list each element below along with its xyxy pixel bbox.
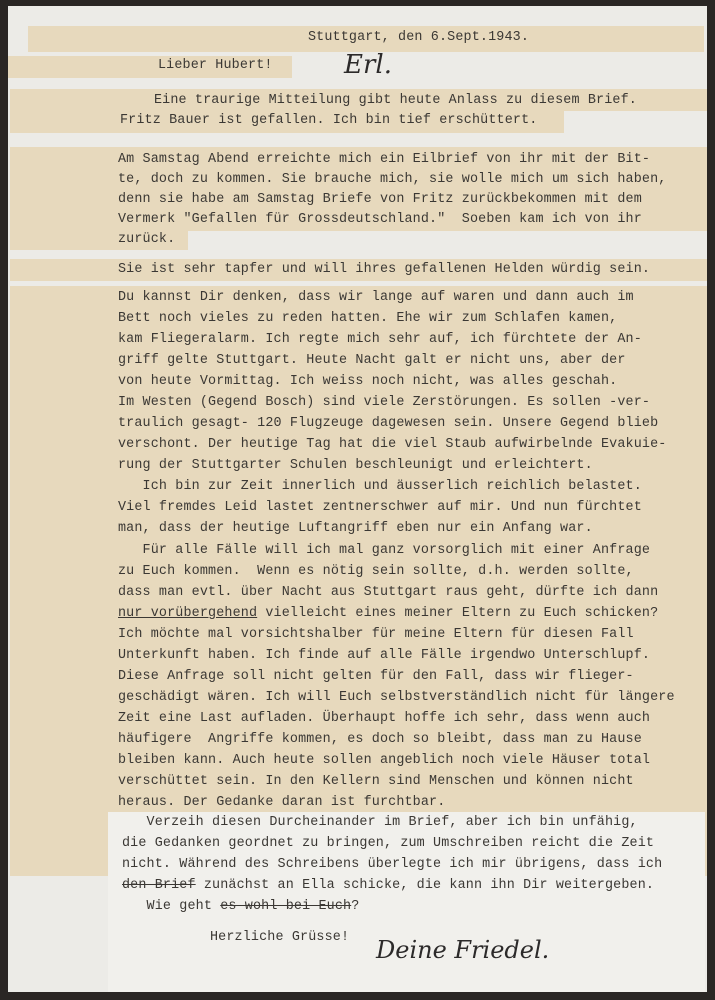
p4-line-23: bleiben kann. Auch heute sollen angeblic… [118,753,650,768]
struck-text: den Brief [122,878,196,893]
p2-line-1: Am Samstag Abend erreichte mich ein Eilb… [118,152,650,167]
p1-line-2: Fritz Bauer ist gefallen. Ich bin tief e… [120,113,537,128]
p4-line-21: Zeit eine Last aufladen. Überhaupt hoffe… [118,711,650,726]
p4-line-9: rung der Stuttgarter Schulen beschleunig… [118,458,593,473]
p4-line-10: Ich bin zur Zeit innerlich und äusserlic… [118,479,642,494]
p4-line-8: verschont. Der heutige Tag hat die viel … [118,437,666,452]
place-date: Stuttgart, den 6.Sept.1943. [308,30,529,45]
p4-line-1: Du kannst Dir denken, dass wir lange auf… [118,290,634,305]
p4-line-2: Bett noch vieles zu reden hatten. Ehe wi… [118,311,617,326]
p5-line-4: den Brief zunächst an Ella schicke, die … [122,878,654,893]
p5-line-5: Wie geht es wohl bei Euch? [122,899,359,914]
p2-line-3: denn sie habe am Samstag Briefe von Frit… [118,192,642,207]
p2-line-2: te, doch zu kommen. Sie brauche mich, si… [118,172,666,187]
p4-line-5: von heute Vormittag. Ich weiss noch nich… [118,374,617,389]
p4-line-14: zu Euch kommen. Wenn es nötig sein sollt… [118,564,634,579]
p1-line-1: Eine traurige Mitteilung gibt heute Anla… [154,93,637,108]
p4-line-16: nur vorübergehend vielleicht eines meine… [118,606,658,621]
p5-line-1: Verzeih diesen Durcheinander im Brief, a… [122,815,638,830]
p4-line-15: dass man evtl. über Nacht aus Stuttgart … [118,585,658,600]
p4-line-3: kam Fliegeralarm. Ich regte mich sehr au… [118,332,642,347]
p4-line-20: geschädigt wären. Ich will Euch selbstve… [118,690,675,705]
p5-line-2: die Gedanken geordnet zu bringen, zum Um… [122,836,654,851]
p5-line-3: nicht. Während des Schreibens überlegte … [122,857,662,872]
p3-line-1: Sie ist sehr tapfer und will ihres gefal… [118,262,650,277]
p4-line-11: Viel fremdes Leid lastet zentnerschwer a… [118,500,642,515]
p2-line-5: zurück. [118,232,175,247]
struck-text-2: es wohl bei Euch [220,899,351,914]
salutation: Lieber Hubert! [158,58,273,73]
underlined-phrase: nur vorübergehend [118,606,257,621]
p4-line-4: griff gelte Stuttgart. Heute Nacht galt … [118,353,626,368]
p2-line-4: Vermerk "Gefallen für Grossdeutschland."… [118,212,642,227]
handwritten-annotation: Erl. [344,50,392,80]
p4-line-24: verschüttet sein. In den Kellern sind Me… [118,774,634,789]
p4-line-7: traulich gesagt- 120 Flugzeuge dagewesen… [118,416,658,431]
closing: Herzliche Grüsse! [210,930,349,945]
p4-line-25: heraus. Der Gedanke daran ist furchtbar. [118,795,445,810]
signature: Deine Friedel. [376,936,549,964]
p4-line-22: häufigere Angriffe kommen, es doch so bl… [118,732,642,747]
p4-line-19: Diese Anfrage soll nicht gelten für den … [118,669,634,684]
p4-line-12: man, dass der heutige Luftangriff eben n… [118,521,593,536]
letter-page: Stuttgart, den 6.Sept.1943. Lieber Huber… [8,6,707,992]
p4-line-18: Unterkunft haben. Ich finde auf alle Fäl… [118,648,650,663]
p4-line-17: Ich möchte mal vorsichtshalber für meine… [118,627,634,642]
p4-line-6: Im Westen (Gegend Bosch) sind viele Zers… [118,395,650,410]
p4-line-13: Für alle Fälle will ich mal ganz vorsorg… [118,543,650,558]
